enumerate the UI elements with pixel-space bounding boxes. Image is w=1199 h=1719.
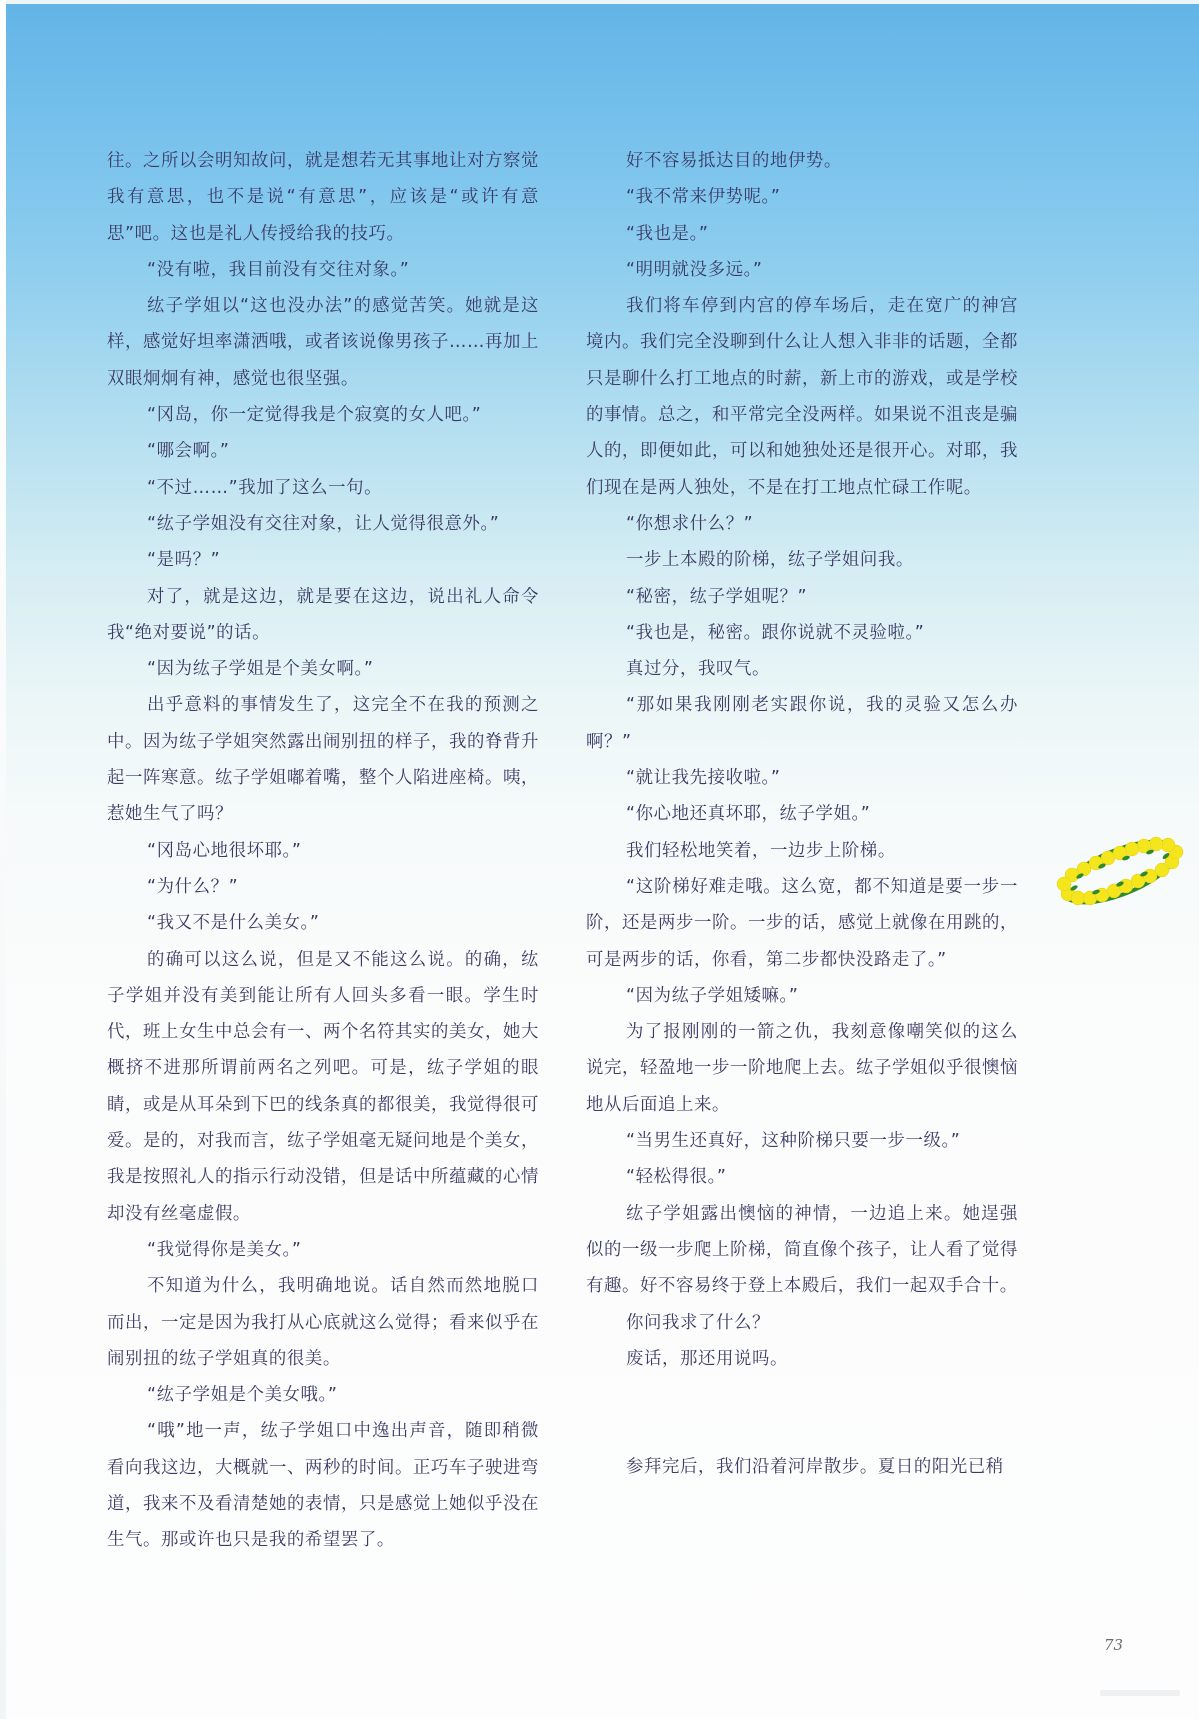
- paragraph: 出乎意料的事情发生了，这完全不在我的预测之中。因为纮子学姐突然露出闹别扭的样子，…: [107, 687, 539, 832]
- paragraph: “我也是，秘密。跟你说就不灵验啦。”: [586, 615, 1018, 651]
- paragraph: “哦”地一声，纮子学姐口中逸出声音，随即稍微看向我这边，大概就一、两秒的时间。正…: [107, 1413, 539, 1558]
- paragraph: “就让我先接收啦。”: [586, 760, 1018, 796]
- paragraph: “哪会啊。”: [107, 433, 539, 469]
- paragraph: “冈岛心地很坏耶。”: [107, 833, 539, 869]
- paragraph: “你想求什么？”: [586, 506, 1018, 542]
- flower-wreath-icon: [1050, 832, 1190, 912]
- paragraph: “那如果我刚刚老实跟你说，我的灵验又怎么办啊？”: [586, 687, 1018, 760]
- paragraph: “明明就没多远。”: [586, 252, 1018, 288]
- paragraph: “纮子学姐是个美女哦。”: [107, 1377, 539, 1413]
- paragraph: “为什么？”: [107, 869, 539, 905]
- paragraph-after-section-break: 参拜完后，我们沿着河岸散步。夏日的阳光已稍: [586, 1449, 1018, 1485]
- right-text-column: 好不容易抵达目的地伊势。 “我不常来伊势呢。” “我也是。” “明明就没多远。”…: [586, 143, 1018, 1485]
- paragraph: “不过……”我加了这么一句。: [107, 470, 539, 506]
- paragraph: “冈岛，你一定觉得我是个寂寞的女人吧。”: [107, 397, 539, 433]
- page-number: 73: [1104, 1636, 1123, 1654]
- paragraph: 真过分，我叹气。: [586, 651, 1018, 687]
- paragraph: “秘密，纮子学姐呢？”: [586, 579, 1018, 615]
- footer-decoration: [1100, 1690, 1180, 1696]
- paragraph: 你问我求了什么？: [586, 1305, 1018, 1341]
- paragraph: “没有啦，我目前没有交往对象。”: [107, 252, 539, 288]
- paragraph: 为了报刚刚的一箭之仇，我刻意像嘲笑似的这么说完，轻盈地一步一阶地爬上去。纮子学姐…: [586, 1014, 1018, 1123]
- paragraph: 我们轻松地笑着，一边步上阶梯。: [586, 833, 1018, 869]
- page-left-edge: [0, 0, 6, 1719]
- paragraph: 我们将车停到内宫的停车场后，走在宽广的神宫境内。我们完全没聊到什么让人想入非非的…: [586, 288, 1018, 506]
- paragraph: 不知道为什么，我明确地说。话自然而然地脱口而出，一定是因为我打从心底就这么觉得；…: [107, 1268, 539, 1377]
- left-text-column: 往。之所以会明知故问，就是想若无其事地让对方察觉我有意思，也不是说“有意思”，应…: [107, 143, 539, 1559]
- paragraph: 好不容易抵达目的地伊势。: [586, 143, 1018, 179]
- paragraph: “我也是。”: [586, 216, 1018, 252]
- page-top-edge: [0, 0, 1199, 4]
- paragraph: 纮子学姐露出懊恼的神情，一边追上来。她逞强似的一级一步爬上阶梯，简直像个孩子，让…: [586, 1196, 1018, 1305]
- paragraph: “当男生还真好，这种阶梯只要一步一级。”: [586, 1123, 1018, 1159]
- paragraph: “我觉得你是美女。”: [107, 1232, 539, 1268]
- paragraph: “因为纮子学姐是个美女啊。”: [107, 651, 539, 687]
- paragraph: “你心地还真坏耶，纮子学姐。”: [586, 796, 1018, 832]
- paragraph: “纮子学姐没有交往对象，让人觉得很意外。”: [107, 506, 539, 542]
- paragraph: “因为纮子学姐矮嘛。”: [586, 978, 1018, 1014]
- paragraph: “我不常来伊势呢。”: [586, 179, 1018, 215]
- paragraph: “这阶梯好难走哦。这么宽，都不知道是要一步一阶，还是两步一阶。一步的话，感觉上就…: [586, 869, 1018, 978]
- paragraph: 纮子学姐以“这也没办法”的感觉苦笑。她就是这样，感觉好坦率潇洒哦，或者该说像男孩…: [107, 288, 539, 397]
- paragraph: 对了，就是这边，就是要在这边，说出礼人命令我“绝对要说”的话。: [107, 579, 539, 652]
- paragraph: 往。之所以会明知故问，就是想若无其事地让对方察觉我有意思，也不是说“有意思”，应…: [107, 143, 539, 252]
- paragraph: “我又不是什么美女。”: [107, 905, 539, 941]
- paragraph: 一步上本殿的阶梯，纮子学姐问我。: [586, 542, 1018, 578]
- paragraph: 废话，那还用说吗。: [586, 1341, 1018, 1377]
- paragraph: “轻松得很。”: [586, 1159, 1018, 1195]
- paragraph: 的确可以这么说，但是又不能这么说。的确，纮子学姐并没有美到能让所有人回头多看一眼…: [107, 942, 539, 1232]
- paragraph: “是吗？”: [107, 542, 539, 578]
